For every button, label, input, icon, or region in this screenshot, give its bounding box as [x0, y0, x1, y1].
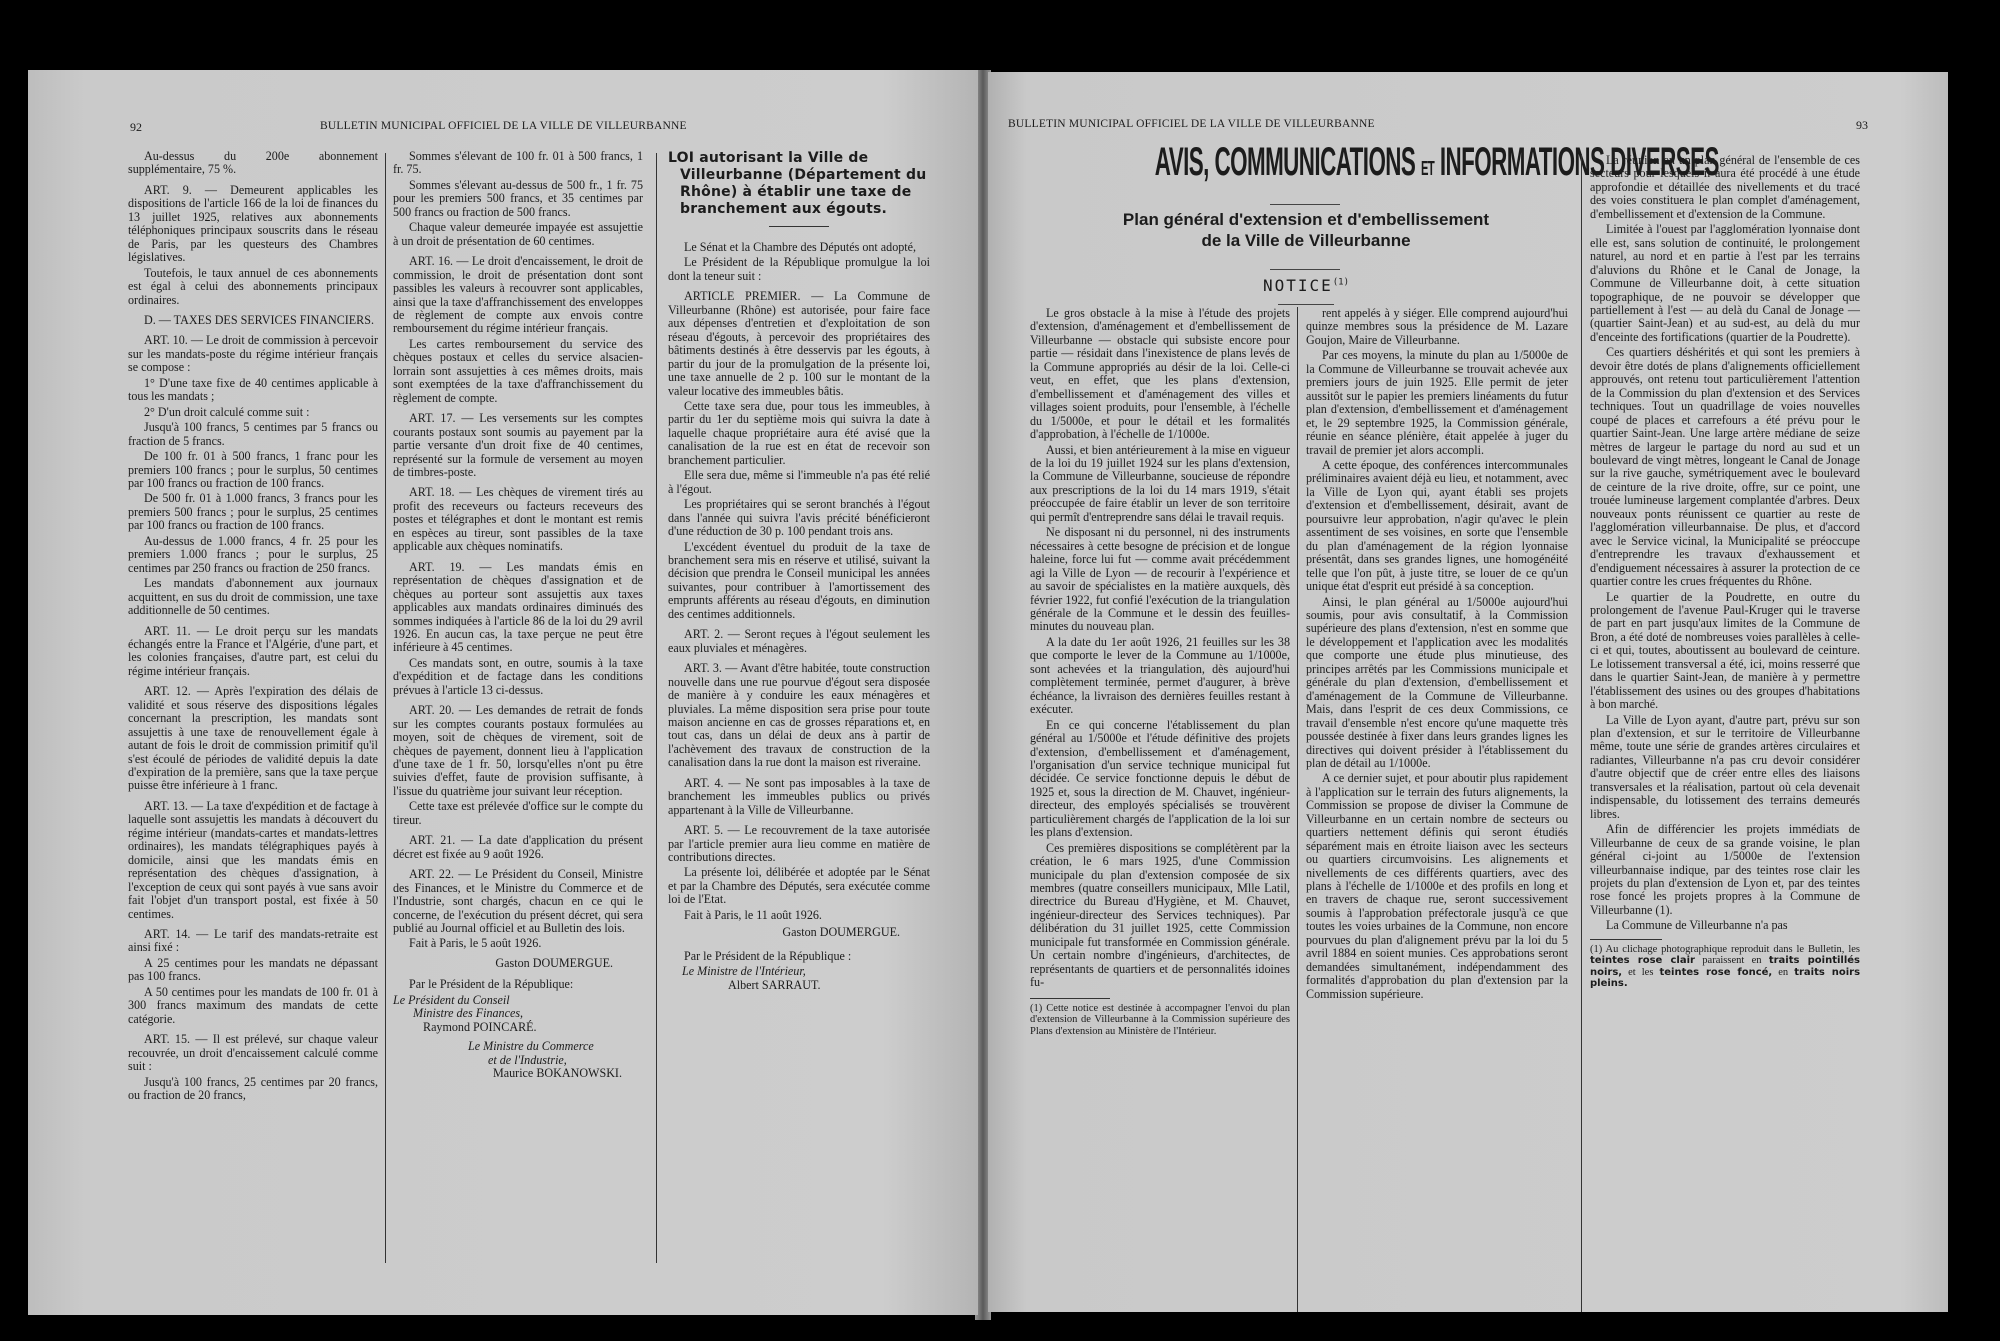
paragraph: La présente loi, délibérée et adoptée pa… [668, 866, 930, 906]
page-number: 92 [130, 120, 142, 135]
right-column-3: La réunion en un plan général de l'ensem… [1590, 154, 1860, 990]
signature-line: et de l'Industrie, [393, 1054, 643, 1067]
signature: Gaston DOUMERGUE. [393, 957, 643, 970]
section-title: AVIS, COMMUNICATIONS ET INFORMATIONS DIV… [1155, 140, 1457, 185]
signature-line: Le Président du Conseil [393, 994, 643, 1007]
paragraph: Ces premières dispositions se complétère… [1030, 842, 1290, 990]
notice-heading: NOTICE(1) [1036, 276, 1576, 295]
paragraph: Le Sénat et la Chambre des Députés ont a… [668, 241, 930, 254]
paragraph: Ainsi, le plan général au 1/5000e aujour… [1306, 596, 1568, 771]
paragraph: La Ville de Lyon ayant, d'autre part, pr… [1590, 714, 1860, 822]
paragraph: Par ces moyens, la minute du plan au 1/5… [1306, 349, 1568, 457]
paragraph: A ce dernier sujet, et pour aboutir plus… [1306, 772, 1568, 1001]
running-head: BULLETIN MUNICIPAL OFFICIEL DE LA VILLE … [1008, 118, 1375, 130]
paragraph: La Commune de Villeurbanne n'a pas [1590, 919, 1860, 932]
divider [1270, 204, 1340, 205]
paragraph: ART. 3. — Avant d'être habitée, toute co… [668, 662, 930, 770]
right-column-1: Le gros obstacle à la mise à l'étude des… [1030, 307, 1290, 1037]
column-rule [656, 153, 657, 1263]
paragraph: rent appelés à y siéger. Elle comprend a… [1306, 307, 1568, 347]
signature-line: Par le Président de la République: [393, 978, 643, 991]
column-rule [385, 153, 386, 1263]
paragraph: A 25 centimes pour les mandats ne dépass… [128, 957, 378, 984]
paragraph: Ces quartiers déshérités et qui sont les… [1590, 346, 1860, 588]
paragraph: ART. 20. — Les demandes de retrait de fo… [393, 704, 643, 798]
left-column-3: LOI autorisant la Ville de Villeurbanne … [668, 150, 930, 992]
footnote: (1) Cette notice est destinée à accompag… [1030, 1003, 1290, 1038]
paragraph: A la date du 1er août 1926, 21 feuilles … [1030, 636, 1290, 717]
paragraph: L'excédent éventuel du produit de la tax… [668, 541, 930, 622]
footnote: (1) Au clichage photographique reproduit… [1590, 944, 1860, 990]
paragraph: Ne disposant ni du personnel, ni des ins… [1030, 526, 1290, 634]
paragraph: De 100 fr. 01 à 500 francs, 1 franc pour… [128, 450, 378, 490]
paragraph: ART. 19. — Les mandats émis en représent… [393, 561, 643, 655]
paragraph: ART. 17. — Les versements sur les compte… [393, 412, 643, 479]
signature: Albert SARRAUT. [668, 979, 930, 992]
paragraph: La réunion en un plan général de l'ensem… [1590, 154, 1860, 221]
paragraph: Les mandats d'abonnement aux journaux ac… [128, 577, 378, 617]
paragraph: Afin de différencier les projets immédia… [1590, 823, 1860, 917]
subtitle: Plan général d'extension et d'embellisse… [1036, 209, 1576, 230]
paragraph: ART. 4. — Ne sont pas imposables à la ta… [668, 777, 930, 817]
paragraph: Limitée à l'ouest par l'agglomération ly… [1590, 223, 1860, 344]
signature-line: Ministre des Finances, [393, 1007, 643, 1020]
paragraph: Le Président de la République promulgue … [668, 256, 930, 283]
paragraph: Sommes s'élevant de 100 fr. 01 à 500 fra… [393, 150, 643, 177]
page-number: 93 [1856, 118, 1868, 133]
right-column-2: rent appelés à y siéger. Elle comprend a… [1306, 307, 1568, 1003]
paragraph: Le gros obstacle à la mise à l'étude des… [1030, 307, 1290, 442]
running-head: BULLETIN MUNICIPAL OFFICIEL DE LA VILLE … [320, 120, 687, 132]
left-page: 92 BULLETIN MUNICIPAL OFFICIEL DE LA VIL… [28, 70, 978, 1315]
paragraph: Chaque valeur demeurée impayée est assuj… [393, 221, 643, 248]
footnote-rule [1030, 998, 1110, 999]
paragraph: 2° D'un droit calculé comme suit : [128, 406, 378, 419]
paragraph: Fait à Paris, le 5 août 1926. [393, 937, 643, 950]
paragraph: Aussi, et bien antérieurement à la mise … [1030, 444, 1290, 525]
paragraph: ART. 13. — La taxe d'expédition et de fa… [128, 800, 378, 921]
paragraph: D. — TAXES DES SERVICES FINANCIERS. [128, 314, 378, 327]
paragraph: Les propriétaires qui se seront branchés… [668, 498, 930, 538]
paragraph: ART. 5. — Le recouvrement de la taxe aut… [668, 824, 930, 864]
paragraph: 1° D'une taxe fixe de 40 centimes applic… [128, 377, 378, 404]
left-column-1: Au-dessus du 200e abonnement supplémenta… [128, 150, 378, 1104]
paragraph: ART. 9. — Demeurent applicables les disp… [128, 184, 378, 265]
paragraph: ART. 22. — Le Président du Conseil, Mini… [393, 868, 643, 935]
paragraph: Sommes s'élevant au-dessus de 500 fr., 1… [393, 179, 643, 219]
subtitle: de la Ville de Villeurbanne [1036, 230, 1576, 251]
paragraph: ARTICLE PREMIER. — La Commune de Villeur… [668, 290, 930, 398]
signature: Raymond POINCARÉ. [393, 1021, 643, 1034]
column-rule [1297, 307, 1298, 1312]
paragraph: En ce qui concerne l'établissement du pl… [1030, 719, 1290, 840]
paragraph: Le quartier de la Poudrette, en outre du… [1590, 591, 1860, 712]
paragraph: Fait à Paris, le 11 août 1926. [668, 909, 930, 922]
signature-line: Le Ministre de l'Intérieur, [668, 965, 930, 978]
left-column-2: Sommes s'élevant de 100 fr. 01 à 500 fra… [393, 150, 643, 1081]
paragraph: ART. 2. — Seront reçues à l'égout seulem… [668, 628, 930, 655]
paragraph: Jusqu'à 100 francs, 5 centimes par 5 fra… [128, 421, 378, 448]
paragraph: Jusqu'à 100 francs, 25 centimes par 20 f… [128, 1076, 378, 1103]
divider [769, 226, 829, 227]
signature-line: Le Ministre du Commerce [393, 1040, 643, 1053]
column-rule [1581, 154, 1582, 1312]
paragraph: ART. 11. — Le droit perçu sur les mandat… [128, 625, 378, 679]
paragraph: Les cartes remboursement du service des … [393, 338, 643, 405]
right-page: BULLETIN MUNICIPAL OFFICIEL DE LA VILLE … [988, 72, 1948, 1312]
divider [1270, 269, 1340, 270]
paragraph: Au-dessus du 200e abonnement supplémenta… [128, 150, 378, 177]
footnote-rule [1590, 939, 1662, 940]
paragraph: ART. 18. — Les chèques de virement tirés… [393, 486, 643, 553]
signature-line: Par le Président de la République : [668, 950, 930, 963]
paragraph: ART. 12. — Après l'expiration des délais… [128, 685, 378, 793]
law-title: LOI autorisant la Ville de Villeurbanne … [668, 150, 930, 218]
divider [1278, 304, 1334, 305]
paragraph: Elle sera due, même si l'immeuble n'a pa… [668, 469, 930, 496]
paragraph: A cette époque, des conférences intercom… [1306, 459, 1568, 594]
paragraph: A 50 centimes pour les mandats de 100 fr… [128, 986, 378, 1026]
signature: Gaston DOUMERGUE. [668, 926, 930, 939]
paragraph: ART. 15. — Il est prélevé, sur chaque va… [128, 1033, 378, 1073]
paragraph: Ces mandats sont, en outre, soumis à la … [393, 657, 643, 697]
paragraph: ART. 16. — Le droit d'encaissement, le d… [393, 255, 643, 336]
paragraph: ART. 21. — La date d'application du prés… [393, 834, 643, 861]
paragraph: Au-dessus de 1.000 francs, 4 fr. 25 pour… [128, 535, 378, 575]
paragraph: ART. 14. — Le tarif des mandats-retraite… [128, 928, 378, 955]
paragraph: Toutefois, le taux annuel de ces abonnem… [128, 267, 378, 307]
paragraph: Cette taxe sera due, pour tous les immeu… [668, 400, 930, 467]
signature: Maurice BOKANOWSKI. [393, 1067, 643, 1080]
paragraph: ART. 10. — Le droit de commission à perc… [128, 334, 378, 374]
paragraph: De 500 fr. 01 à 1.000 francs, 3 francs p… [128, 492, 378, 532]
paragraph: Cette taxe est prélevée d'office sur le … [393, 800, 643, 827]
